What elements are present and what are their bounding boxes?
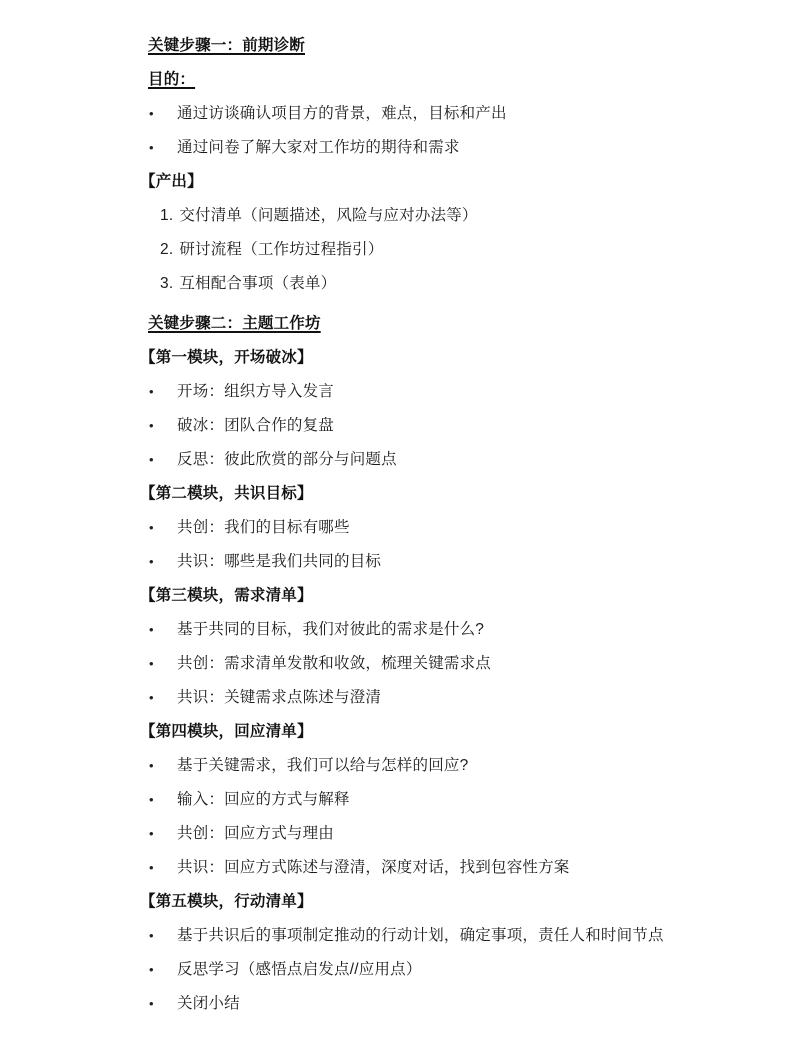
bullet-icon: • [148, 552, 177, 571]
bullet-icon: • [148, 926, 177, 945]
numbered-item: 1.交付清单（问题描述，风险与应对办法等） [148, 206, 720, 225]
bullet-icon: • [148, 858, 177, 877]
bullet-item-text: 破冰：团队合作的复盘 [177, 416, 720, 435]
bullet-item: •输入：回应的方式与解释 [148, 790, 720, 809]
bullet-icon: • [148, 416, 177, 435]
bullet-item-text: 反思：彼此欣赏的部分与问题点 [177, 450, 720, 469]
bullet-item: •基于关键需求，我们可以给与怎样的回应? [148, 756, 720, 775]
bullet-item: •关闭小结 [148, 994, 720, 1013]
bullet-item-text: 通过访谈确认项目方的背景，难点，目标和产出 [177, 104, 720, 123]
numbered-item-text: 研讨流程（工作坊过程指引） [179, 240, 383, 259]
bullet-icon: • [148, 756, 177, 775]
bullet-icon: • [148, 654, 177, 673]
bullet-icon: • [148, 450, 177, 469]
module-heading-text: 【第五模块，行动清单】 [140, 893, 313, 910]
bullet-item-text: 输入：回应的方式与解释 [177, 790, 720, 809]
module-heading: 【产出】 [140, 172, 720, 191]
module-heading-text: 【第三模块，需求清单】 [140, 587, 313, 604]
numbered-item: 2.研讨流程（工作坊过程指引） [148, 240, 720, 259]
document-page: 关键步骤一：前期诊断目的：•通过访谈确认项目方的背景，难点，目标和产出•通过问卷… [0, 0, 800, 1055]
bullet-icon: • [148, 688, 177, 707]
module-heading-text: 【第四模块，回应清单】 [140, 723, 313, 740]
numbered-item-marker: 2. [160, 240, 173, 259]
bullet-item-text: 共创：我们的目标有哪些 [177, 518, 720, 537]
numbered-item-text: 交付清单（问题描述，风险与应对办法等） [179, 206, 477, 225]
document-body: 关键步骤一：前期诊断目的：•通过访谈确认项目方的背景，难点，目标和产出•通过问卷… [0, 0, 800, 1013]
bullet-item-text: 基于共识后的事项制定推动的行动计划，确定事项，责任人和时间节点 [177, 926, 720, 945]
bullet-icon: • [148, 620, 177, 639]
bullet-item: •反思：彼此欣赏的部分与问题点 [148, 450, 720, 469]
section-heading: 关键步骤二：主题工作坊 [148, 314, 720, 333]
module-heading: 【第五模块，行动清单】 [140, 892, 720, 911]
bullet-item-text: 共创：需求清单发散和收敛，梳理关键需求点 [177, 654, 720, 673]
bullet-icon: • [148, 960, 177, 979]
section-heading-text: 关键步骤二：主题工作坊 [148, 315, 321, 332]
bullet-icon: • [148, 104, 177, 123]
bullet-icon: • [148, 138, 177, 157]
bullet-item: •破冰：团队合作的复盘 [148, 416, 720, 435]
bullet-item-text: 共识：关键需求点陈述与澄清 [177, 688, 720, 707]
bullet-icon: • [148, 790, 177, 809]
bullet-item-text: 开场：组织方导入发言 [177, 382, 720, 401]
bullet-icon: • [148, 382, 177, 401]
bullet-item: •通过访谈确认项目方的背景，难点，目标和产出 [148, 104, 720, 123]
bullet-item-text: 基于共同的目标，我们对彼此的需求是什么? [177, 620, 720, 639]
bullet-icon: • [148, 824, 177, 843]
bullet-item-text: 基于关键需求，我们可以给与怎样的回应? [177, 756, 720, 775]
module-heading-text: 【产出】 [140, 173, 203, 190]
section-heading-text: 关键步骤一：前期诊断 [148, 37, 305, 54]
section-heading: 目的： [148, 70, 720, 89]
section-heading: 关键步骤一：前期诊断 [148, 36, 720, 55]
bullet-item: •基于共识后的事项制定推动的行动计划，确定事项，责任人和时间节点 [148, 926, 720, 945]
bullet-item: •共识：回应方式陈述与澄清，深度对话，找到包容性方案 [148, 858, 720, 877]
bullet-item-text: 反思学习（感悟点启发点//应用点） [177, 960, 720, 979]
module-heading: 【第四模块，回应清单】 [140, 722, 720, 741]
bullet-item: •开场：组织方导入发言 [148, 382, 720, 401]
numbered-item-marker: 3. [160, 274, 173, 293]
bullet-item: •共识：关键需求点陈述与澄清 [148, 688, 720, 707]
numbered-item: 3.互相配合事项（表单） [148, 274, 720, 293]
module-heading: 【第一模块，开场破冰】 [140, 348, 720, 367]
bullet-item: •共创：需求清单发散和收敛，梳理关键需求点 [148, 654, 720, 673]
bullet-item-text: 共识：哪些是我们共同的目标 [177, 552, 720, 571]
bullet-item: •共创：回应方式与理由 [148, 824, 720, 843]
bullet-item-text: 共识：回应方式陈述与澄清，深度对话，找到包容性方案 [177, 858, 720, 877]
bullet-item: •通过问卷了解大家对工作坊的期待和需求 [148, 138, 720, 157]
module-heading: 【第二模块，共识目标】 [140, 484, 720, 503]
numbered-item-marker: 1. [160, 206, 173, 225]
module-heading-text: 【第二模块，共识目标】 [140, 485, 313, 502]
section-heading-text: 目的： [148, 71, 205, 88]
module-heading: 【第三模块，需求清单】 [140, 586, 720, 605]
bullet-item-text: 关闭小结 [177, 994, 720, 1013]
bullet-item: •反思学习（感悟点启发点//应用点） [148, 960, 720, 979]
bullet-icon: • [148, 518, 177, 537]
bullet-item: •基于共同的目标，我们对彼此的需求是什么? [148, 620, 720, 639]
bullet-item: •共创：我们的目标有哪些 [148, 518, 720, 537]
numbered-item-text: 互相配合事项（表单） [179, 274, 336, 293]
bullet-item-text: 共创：回应方式与理由 [177, 824, 720, 843]
bullet-icon: • [148, 994, 177, 1013]
bullet-item-text: 通过问卷了解大家对工作坊的期待和需求 [177, 138, 720, 157]
module-heading-text: 【第一模块，开场破冰】 [140, 349, 313, 366]
bullet-item: •共识：哪些是我们共同的目标 [148, 552, 720, 571]
